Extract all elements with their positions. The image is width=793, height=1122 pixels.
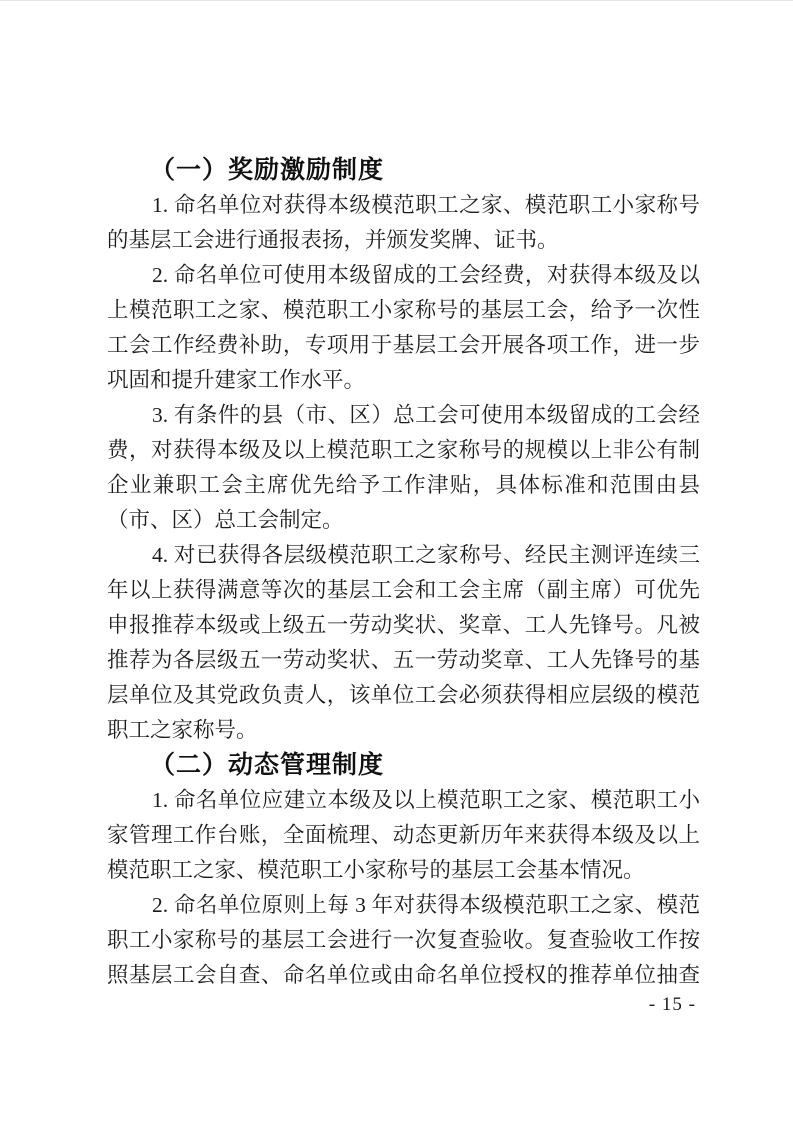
paragraph-line: 的基层工会进行通报表扬，并颁发奖牌、证书。 [107, 223, 700, 258]
paragraph-line: 巩固和提升建家工作水平。 [107, 363, 700, 398]
paragraph-line: 3. 有条件的县（市、区）总工会可使用本级留成的工会经 [107, 398, 700, 433]
section-heading: （二）动态管理制度 [107, 748, 700, 783]
paragraph-line: （市、区）总工会制定。 [107, 503, 700, 538]
document-page: （一）奖励激励制度1. 命名单位对获得本级模范职工之家、模范职工小家称号的基层工… [0, 0, 793, 1122]
paragraph-line: 层单位及其党政负责人，该单位工会必须获得相应层级的模范 [107, 678, 700, 713]
paragraph-line: 职工之家称号。 [107, 713, 700, 748]
paragraph-line: 1. 命名单位应建立本级及以上模范职工之家、模范职工小 [107, 783, 700, 818]
page-number: - 15 - [107, 994, 696, 1016]
paragraph-line: 推荐为各层级五一劳动奖状、五一劳动奖章、工人先锋号的基 [107, 643, 700, 678]
paragraph-line: 模范职工之家、模范职工小家称号的基层工会基本情况。 [107, 853, 700, 888]
paragraph-line: 2. 命名单位原则上每 3 年对获得本级模范职工之家、模范 [107, 888, 700, 923]
document-text-block: （一）奖励激励制度1. 命名单位对获得本级模范职工之家、模范职工小家称号的基层工… [107, 153, 700, 993]
section-heading: （一）奖励激励制度 [107, 153, 700, 188]
paragraph-line: 工会工作经费补助，专项用于基层工会开展各项工作，进一步 [107, 328, 700, 363]
paragraph-line: 上模范职工之家、模范职工小家称号的基层工会，给予一次性 [107, 293, 700, 328]
paragraph-line: 申报推荐本级或上级五一劳动奖状、奖章、工人先锋号。凡被 [107, 608, 700, 643]
paragraph-line: 4. 对已获得各层级模范职工之家称号、经民主测评连续三 [107, 538, 700, 573]
paragraph-line: 照基层工会自查、命名单位或由命名单位授权的推荐单位抽查 [107, 958, 700, 993]
paragraph-line: 1. 命名单位对获得本级模范职工之家、模范职工小家称号 [107, 188, 700, 223]
paragraph-line: 费，对获得本级及以上模范职工之家称号的规模以上非公有制 [107, 433, 700, 468]
paragraph-line: 企业兼职工会主席优先给予工作津贴，具体标准和范围由县 [107, 468, 700, 503]
paragraph-line: 职工小家称号的基层工会进行一次复查验收。复查验收工作按 [107, 923, 700, 958]
paragraph-line: 年以上获得满意等次的基层工会和工会主席（副主席）可优先 [107, 573, 700, 608]
paragraph-line: 2. 命名单位可使用本级留成的工会经费，对获得本级及以 [107, 258, 700, 293]
paragraph-line: 家管理工作台账，全面梳理、动态更新历年来获得本级及以上 [107, 818, 700, 853]
